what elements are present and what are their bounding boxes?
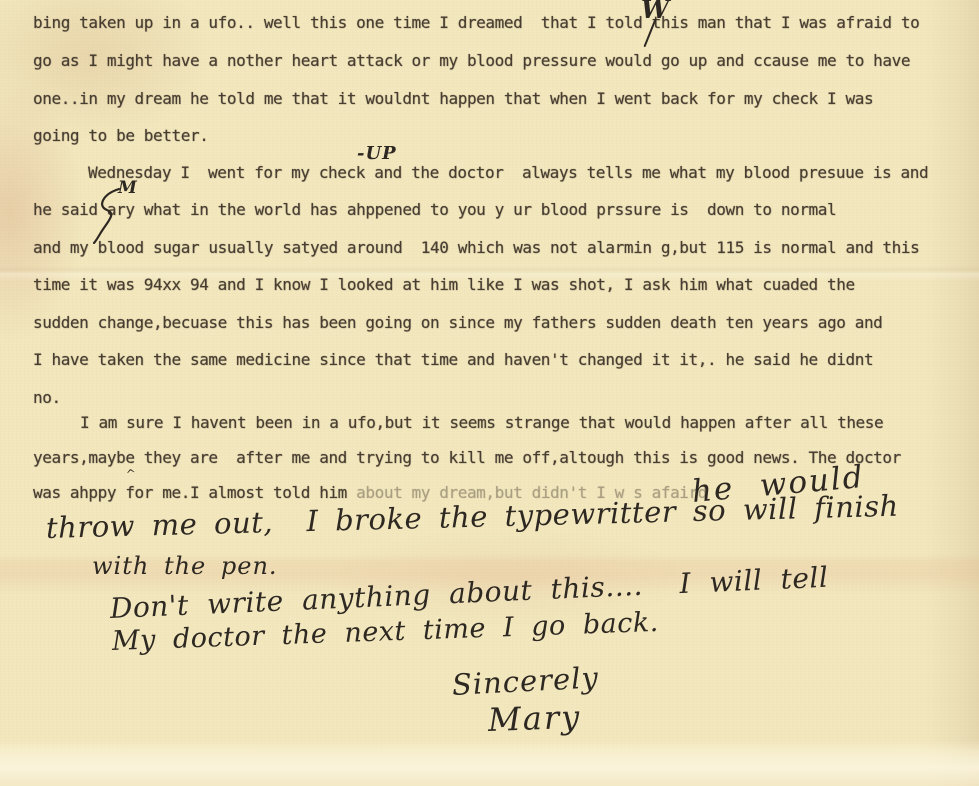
typed-line-9: sudden change,becuase this has been goin…: [33, 313, 973, 335]
pen-flourish-mark: [93, 186, 127, 248]
typed-line-6: he said ary what in the world has ahppen…: [33, 200, 973, 222]
typed-line-4: going to be better.: [33, 126, 973, 148]
typed-text: was ahppy for me.I almost told him: [33, 483, 356, 502]
typed-line-12: I am sure I havent been in a ufo,but it …: [33, 413, 973, 435]
typed-line-7: and my blood sugar usually satyed around…: [33, 238, 973, 260]
pen-insertion-up: -UP: [357, 143, 397, 164]
signature: Mary: [487, 698, 581, 739]
closing-word: Sincerely: [451, 660, 599, 702]
typed-line-11: no.: [33, 388, 973, 410]
typed-line-8: time it was 94xx 94 and I know I looked …: [33, 275, 973, 297]
typed-line-3: one..in my dream he told me that it woul…: [33, 89, 973, 111]
pen-caret-mark: ^: [125, 466, 137, 481]
typed-line-5: Wednesday I went for my check and the do…: [33, 163, 973, 185]
typed-line-2: go as I might have a nother heart attack…: [33, 51, 973, 73]
typed-line-1: bing taken up in a ufo.. well this one t…: [33, 13, 973, 35]
handwritten-line-2: with the pen.: [92, 552, 278, 580]
letter-page: bing taken up in a ufo.. well this one t…: [0, 0, 979, 786]
typed-line-10: I have taken the same medicine since tha…: [33, 350, 973, 372]
